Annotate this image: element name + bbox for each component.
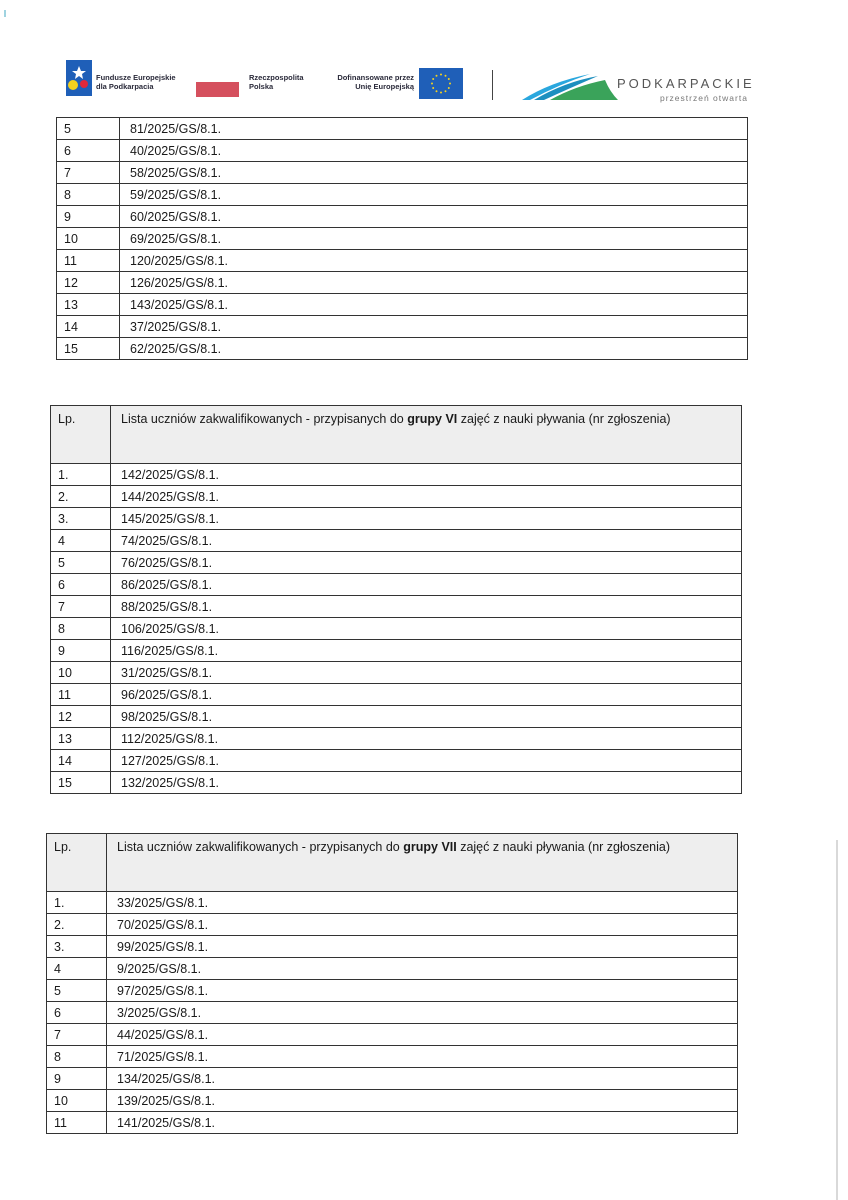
table-row: 11120/2025/GS/8.1. — [57, 250, 748, 272]
polish-flag-icon — [196, 82, 239, 97]
rzeczpospolita-label: Rzeczpospolita Polska — [249, 73, 304, 91]
row-number: 10 — [47, 1090, 107, 1112]
table-row: 2.70/2025/GS/8.1. — [47, 914, 738, 936]
header-title: Lista uczniów zakwalifikowanych - przypi… — [107, 834, 738, 892]
table-row: 2.144/2025/GS/8.1. — [51, 486, 742, 508]
row-number: 7 — [57, 162, 120, 184]
application-number: 9/2025/GS/8.1. — [107, 958, 738, 980]
row-number: 12 — [57, 272, 120, 294]
application-number: 139/2025/GS/8.1. — [107, 1090, 738, 1112]
table-row: 8106/2025/GS/8.1. — [51, 618, 742, 640]
row-number: 5 — [57, 118, 120, 140]
application-number: 99/2025/GS/8.1. — [107, 936, 738, 958]
application-number: 127/2025/GS/8.1. — [111, 750, 742, 772]
header-divider — [492, 70, 493, 100]
row-number: 1. — [51, 464, 111, 486]
application-number: 116/2025/GS/8.1. — [111, 640, 742, 662]
row-number: 8 — [57, 184, 120, 206]
row-number: 15 — [51, 772, 111, 794]
header-title: Lista uczniów zakwalifikowanych - przypi… — [111, 406, 742, 464]
header-group-name: grupy VII — [403, 840, 456, 854]
application-number: 97/2025/GS/8.1. — [107, 980, 738, 1002]
row-number: 4 — [51, 530, 111, 552]
application-number: 71/2025/GS/8.1. — [107, 1046, 738, 1068]
table-header-row: Lp. Lista uczniów zakwalifikowanych - pr… — [51, 406, 742, 464]
application-number: 31/2025/GS/8.1. — [111, 662, 742, 684]
podkarpackie-subtitle: przestrzeń otwarta — [660, 93, 748, 103]
application-number: 44/2025/GS/8.1. — [107, 1024, 738, 1046]
table-row: 576/2025/GS/8.1. — [51, 552, 742, 574]
table-row: 758/2025/GS/8.1. — [57, 162, 748, 184]
application-number: 70/2025/GS/8.1. — [107, 914, 738, 936]
table-row: 13143/2025/GS/8.1. — [57, 294, 748, 316]
table-header-row: Lp. Lista uczniów zakwalifikowanych - pr… — [47, 834, 738, 892]
row-number: 8 — [47, 1046, 107, 1068]
row-number: 5 — [47, 980, 107, 1002]
table-row: 474/2025/GS/8.1. — [51, 530, 742, 552]
table-row: 640/2025/GS/8.1. — [57, 140, 748, 162]
table-row: 13112/2025/GS/8.1. — [51, 728, 742, 750]
group-vii-table: Lp. Lista uczniów zakwalifikowanych - pr… — [46, 833, 738, 1134]
application-number: 144/2025/GS/8.1. — [111, 486, 742, 508]
application-number: 81/2025/GS/8.1. — [120, 118, 748, 140]
row-number: 11 — [47, 1112, 107, 1134]
row-number: 1. — [47, 892, 107, 914]
application-number: 37/2025/GS/8.1. — [120, 316, 748, 338]
row-number: 14 — [51, 750, 111, 772]
row-number: 2. — [47, 914, 107, 936]
table-row: 9116/2025/GS/8.1. — [51, 640, 742, 662]
application-number: 62/2025/GS/8.1. — [120, 338, 748, 360]
group-vi-table: Lp. Lista uczniów zakwalifikowanych - pr… — [50, 405, 742, 794]
application-number: 58/2025/GS/8.1. — [120, 162, 748, 184]
table-row: 581/2025/GS/8.1. — [57, 118, 748, 140]
row-number: 2. — [51, 486, 111, 508]
row-number: 3. — [51, 508, 111, 530]
table-row: 686/2025/GS/8.1. — [51, 574, 742, 596]
table-row: 1562/2025/GS/8.1. — [57, 338, 748, 360]
application-number: 33/2025/GS/8.1. — [107, 892, 738, 914]
table-row: 3.99/2025/GS/8.1. — [47, 936, 738, 958]
row-number: 12 — [51, 706, 111, 728]
row-number: 15 — [57, 338, 120, 360]
rp-line2: Polska — [249, 82, 304, 91]
header-lp: Lp. — [51, 406, 111, 464]
podkarpackie-title: PODKARPACKIE — [617, 76, 755, 91]
page-header-logos: Fundusze Europejskie dla Podkarpacia Rze… — [0, 0, 848, 110]
application-number: 106/2025/GS/8.1. — [111, 618, 742, 640]
table-row: 15132/2025/GS/8.1. — [51, 772, 742, 794]
table-row: 1.142/2025/GS/8.1. — [51, 464, 742, 486]
application-number: 126/2025/GS/8.1. — [120, 272, 748, 294]
table-row: 14127/2025/GS/8.1. — [51, 750, 742, 772]
table-row: 11141/2025/GS/8.1. — [47, 1112, 738, 1134]
application-number: 96/2025/GS/8.1. — [111, 684, 742, 706]
row-number: 9 — [57, 206, 120, 228]
table-row: 871/2025/GS/8.1. — [47, 1046, 738, 1068]
row-number: 8 — [51, 618, 111, 640]
application-number: 59/2025/GS/8.1. — [120, 184, 748, 206]
row-number: 14 — [57, 316, 120, 338]
application-number: 86/2025/GS/8.1. — [111, 574, 742, 596]
header-text-pre: Lista uczniów zakwalifikowanych - przypi… — [117, 840, 403, 854]
table-row: 859/2025/GS/8.1. — [57, 184, 748, 206]
header-lp: Lp. — [47, 834, 107, 892]
application-number: 40/2025/GS/8.1. — [120, 140, 748, 162]
application-number: 88/2025/GS/8.1. — [111, 596, 742, 618]
ue-line1: Dofinansowane przez — [332, 73, 414, 82]
header-text-pre: Lista uczniów zakwalifikowanych - przypi… — [121, 412, 407, 426]
row-number: 3. — [47, 936, 107, 958]
row-number: 6 — [47, 1002, 107, 1024]
row-number: 11 — [51, 684, 111, 706]
fe-line2: dla Podkarpacia — [96, 82, 176, 91]
row-number: 6 — [57, 140, 120, 162]
podkarpackie-swoosh-icon — [520, 70, 620, 102]
row-number: 9 — [51, 640, 111, 662]
row-number: 13 — [57, 294, 120, 316]
table-row: 788/2025/GS/8.1. — [51, 596, 742, 618]
table-row: 1069/2025/GS/8.1. — [57, 228, 748, 250]
row-number: 9 — [47, 1068, 107, 1090]
eu-funding-label: Dofinansowane przez Unię Europejską — [332, 73, 414, 91]
application-number: 141/2025/GS/8.1. — [107, 1112, 738, 1134]
table-row: 1031/2025/GS/8.1. — [51, 662, 742, 684]
row-number: 7 — [51, 596, 111, 618]
table-row: 744/2025/GS/8.1. — [47, 1024, 738, 1046]
row-number: 5 — [51, 552, 111, 574]
row-number: 6 — [51, 574, 111, 596]
fundusze-europejskie-logo-icon — [66, 60, 92, 96]
table-row: 12126/2025/GS/8.1. — [57, 272, 748, 294]
eu-flag-icon — [419, 68, 463, 99]
header-text-post: zajęć z nauki pływania (nr zgłoszenia) — [457, 412, 670, 426]
row-number: 11 — [57, 250, 120, 272]
application-number: 60/2025/GS/8.1. — [120, 206, 748, 228]
fundusze-europejskie-label: Fundusze Europejskie dla Podkarpacia — [96, 73, 176, 91]
table-row: 49/2025/GS/8.1. — [47, 958, 738, 980]
application-number: 3/2025/GS/8.1. — [107, 1002, 738, 1024]
group-v-continued-table: 581/2025/GS/8.1.640/2025/GS/8.1.758/2025… — [56, 117, 748, 360]
application-number: 76/2025/GS/8.1. — [111, 552, 742, 574]
application-number: 74/2025/GS/8.1. — [111, 530, 742, 552]
fe-line1: Fundusze Europejskie — [96, 73, 176, 82]
application-number: 132/2025/GS/8.1. — [111, 772, 742, 794]
row-number: 10 — [51, 662, 111, 684]
application-number: 98/2025/GS/8.1. — [111, 706, 742, 728]
row-number: 10 — [57, 228, 120, 250]
row-number: 4 — [47, 958, 107, 980]
table-row: 1.33/2025/GS/8.1. — [47, 892, 738, 914]
table-row: 960/2025/GS/8.1. — [57, 206, 748, 228]
row-number: 13 — [51, 728, 111, 750]
application-number: 145/2025/GS/8.1. — [111, 508, 742, 530]
table-row: 597/2025/GS/8.1. — [47, 980, 738, 1002]
row-number: 7 — [47, 1024, 107, 1046]
page-edge-shadow — [836, 840, 838, 1200]
rp-line1: Rzeczpospolita — [249, 73, 304, 82]
table-row: 1298/2025/GS/8.1. — [51, 706, 742, 728]
application-number: 120/2025/GS/8.1. — [120, 250, 748, 272]
header-group-name: grupy VI — [407, 412, 457, 426]
table-row: 9134/2025/GS/8.1. — [47, 1068, 738, 1090]
table-row: 10139/2025/GS/8.1. — [47, 1090, 738, 1112]
table-row: 3.145/2025/GS/8.1. — [51, 508, 742, 530]
application-number: 134/2025/GS/8.1. — [107, 1068, 738, 1090]
table-row: 1437/2025/GS/8.1. — [57, 316, 748, 338]
ue-line2: Unię Europejską — [332, 82, 414, 91]
application-number: 142/2025/GS/8.1. — [111, 464, 742, 486]
application-number: 69/2025/GS/8.1. — [120, 228, 748, 250]
header-text-post: zajęć z nauki pływania (nr zgłoszenia) — [457, 840, 670, 854]
application-number: 112/2025/GS/8.1. — [111, 728, 742, 750]
application-number: 143/2025/GS/8.1. — [120, 294, 748, 316]
table-row: 63/2025/GS/8.1. — [47, 1002, 738, 1024]
table-row: 1196/2025/GS/8.1. — [51, 684, 742, 706]
